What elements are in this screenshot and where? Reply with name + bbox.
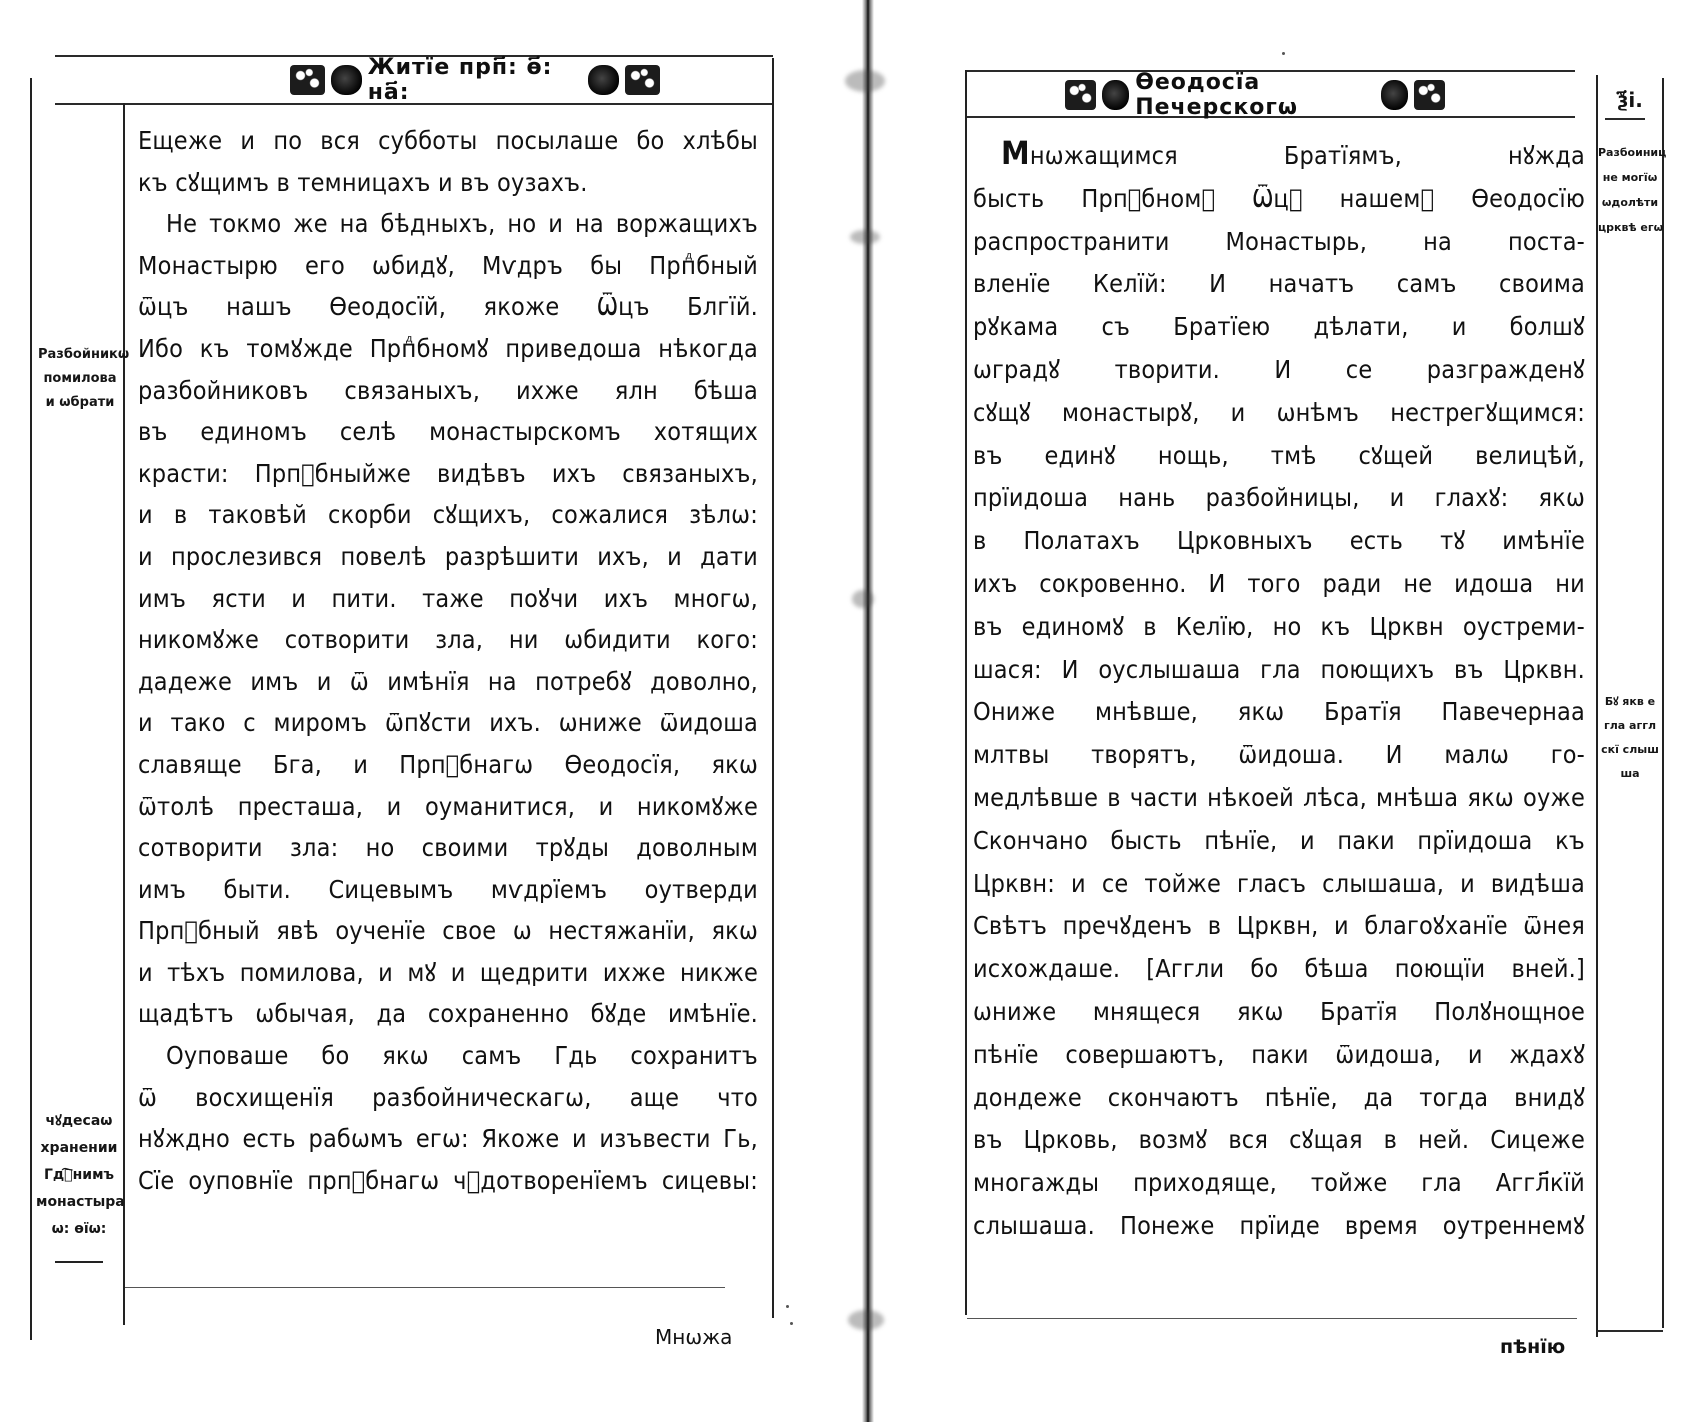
text-line: Црквн: и се тойже гласъ слышаша, и видѣш… — [973, 863, 1585, 906]
text-line: ѿтолѣ престаша, и оуманитися, и никомꙋже — [138, 786, 758, 828]
text-line: въ единомъ селѣ монастырскомъ хотящих — [138, 411, 758, 453]
text-line: въ Црковь, возмꙋ вся сꙋщая в ней. Сицеже — [973, 1119, 1585, 1162]
header-ornament-right-icon — [1414, 80, 1445, 110]
right-outer-rule — [1662, 78, 1664, 1328]
text-line: Сїе оуповнїе прпⷣбнагѡ чꙋдотворенїемъ си… — [138, 1160, 758, 1202]
running-header: Житїе прп҃: ѳ҃: на҃: — [290, 58, 660, 102]
text-line: сотворити зла: но своими трꙋды доволным — [138, 827, 758, 869]
text-line: пѣнїе совершаютъ, паки ѿидоша, и ждахꙋ — [973, 1034, 1585, 1077]
text-line: многажды приходяще, тойже гла Аггл҃кїй — [973, 1162, 1585, 1205]
margin-note-line: чꙋдесаѡ — [36, 1108, 122, 1135]
text-line: щадѣтъ ѡбычая, да сохраненно бꙋде имѣнїе… — [138, 993, 758, 1035]
text-line: медлѣвше в части нѣкоей лѣса, мнѣша якѡ … — [973, 777, 1585, 820]
text-line: вленїе Келїй: И начатъ самъ своима — [973, 263, 1585, 306]
left-inner-rule — [772, 58, 774, 1318]
text-line: Монастырю его ѡбидꙋ, Мѵдръ бы Прпⷣбный — [138, 245, 758, 287]
text-line: Скончано бысть пѣнїе, и паки прїидоша къ — [973, 820, 1585, 863]
running-header: Ѳеодосїа Печерскогѡ — [1065, 74, 1445, 116]
text-line: никомꙋже сотворити зла, ни ѡбидити кого: — [138, 619, 758, 661]
left-footer-rule — [125, 1287, 725, 1288]
page-number: ѯ҃і. — [1600, 88, 1660, 112]
running-header-title: Ѳеодосїа Печерскогѡ — [1135, 70, 1375, 120]
margin-note-robbers-failed: Разбоиниц не могїѡ ѡдолѣти црквѣ егѡ — [1598, 140, 1662, 240]
text-line: красти: Прпⷣбныйже видѣвъ ихъ связаныхъ, — [138, 453, 758, 495]
header-ornament-left-icon — [1102, 80, 1129, 110]
text-line: исхождаше. [Аггли бо бѣша поющїи вней.] — [973, 948, 1585, 991]
margin-note-line: Гдⷭ҇нимъ — [36, 1162, 122, 1189]
text-line: рꙋкама съ Братїею дѣлати, и болшꙋ — [973, 306, 1585, 349]
text-line: въ единомꙋ в Келїю, но къ Црквн оустреми… — [973, 606, 1585, 649]
margin-note-angelic-voices: Бꙋ якв е гла аггл скї слыш ша — [1598, 690, 1662, 786]
text-line: ѡниже мнящеся якѡ Братїя Полꙋнощное — [973, 991, 1585, 1034]
text-line: въ единꙋ нощь, тмѣ сꙋщей велицѣй, — [973, 435, 1585, 478]
margin-note-line: ша — [1598, 762, 1662, 786]
margin-note-line: Разбойникѡ — [38, 343, 122, 367]
text-line: Не токмо же на бѣдныхъ, но и на воржащих… — [138, 203, 758, 245]
book-spine — [862, 0, 874, 1422]
page-number-underline — [1605, 118, 1645, 120]
catchword: пѣнїю — [1500, 1336, 1565, 1358]
margin-note-line: не могїѡ — [1598, 165, 1662, 190]
text-line: имъ ясти и пити. таже поꙋчи ихъ многѡ, — [138, 578, 758, 620]
text-line: Ибо къ томꙋжде Прпⷣбномꙋ приведоша нѣког… — [138, 328, 758, 370]
text-line: дадеже имъ и ѿ имѣнїя на потребꙋ доволно… — [138, 661, 758, 703]
book-spread: Житїе прп҃: ѳ҃: на҃: Разбойникѡ помилова… — [0, 0, 1707, 1422]
text-line: ѿ восхищенїя разбойническагѡ, аще что — [138, 1077, 758, 1119]
header-ornament-left-icon — [331, 65, 362, 95]
margin-note-line: Бꙋ якв е — [1598, 690, 1662, 714]
text-line: распространити Монастырь, на поста- — [973, 221, 1585, 264]
catchword: Мнѡжа — [655, 1325, 732, 1349]
text-line: ѡградꙋ творити. И се разгражденꙋ — [973, 349, 1585, 392]
text-line: и тако с миромъ ѿпꙋсти ихъ. ѡниже ѿидоша — [138, 702, 758, 744]
text-line: и тѣхъ помилова, и мꙋ и щедрити ихже ник… — [138, 952, 758, 994]
text-line: ѿцъ нашъ Ѳеодосїй, якоже Ѿцъ Блгїй. — [138, 286, 758, 328]
text-line: дондеже скончаютъ пѣнїе, да тогда внидꙋ — [973, 1077, 1585, 1120]
margin-note-line: ѡдолѣти — [1598, 190, 1662, 215]
left-outer-rule — [30, 78, 32, 1340]
running-header-title: Житїе прп҃: ѳ҃: на҃: — [368, 55, 583, 105]
text-line: Ещеже и по вся субботы посылаше бо хлѣбы — [138, 120, 758, 162]
right-page-body: Мнѡжащимся Братїямъ, нꙋжда бысть Прпⷣбно… — [973, 132, 1585, 1248]
margin-note-line: монастыра — [36, 1189, 122, 1216]
text-line: и в таковѣй скорби сꙋщихъ, сожалися зѣлѡ… — [138, 494, 758, 536]
text-line: слышаша. Понеже прїиде время оутреннемꙋ — [973, 1205, 1585, 1248]
margin-note-line: црквѣ егѡ — [1598, 215, 1662, 240]
margin-note-line: Разбоиниц — [1598, 140, 1662, 165]
header-ornament-left-icon — [290, 65, 325, 95]
text-line: Свѣтъ пречꙋденъ в Црквн, и благоꙋханїе ѿ… — [973, 905, 1585, 948]
scan-speck — [790, 1322, 793, 1325]
text-line: сꙋщꙋ монастырꙋ, и ѡнѣмъ нестрегꙋщимся: — [973, 392, 1585, 435]
text-line: и прослезився повелѣ разрѣшити ихъ, и да… — [138, 536, 758, 578]
text-line: шася: И оуслышаша гла поющихъ въ Црквн. — [973, 649, 1585, 692]
text-line: ихъ сокровенно. И того ради не идоша ни — [973, 563, 1585, 606]
text-line: разбойниковъ связаныхъ, ихже ялн бѣша — [138, 370, 758, 412]
header-ornament-left-icon — [1065, 80, 1096, 110]
right-footer-rule — [967, 1318, 1577, 1319]
header-ornament-right-icon — [1381, 80, 1408, 110]
text-line: Оуповаше бо якѡ самъ Гдь сохранитъ — [138, 1035, 758, 1077]
margin-note-line: и ѡбрати — [38, 391, 122, 415]
text-line: млтвы творятъ, ѿидоша. И малѡ го- — [973, 734, 1585, 777]
margin-note-line: ѡ: ѳїѡ: — [36, 1216, 122, 1243]
text-line: славяще Бга, и Прпⷣбнагѡ Ѳеодосїя, якѡ — [138, 744, 758, 786]
left-page-body: Ещеже и по вся субботы посылаше бо хлѣбы… — [138, 120, 758, 1201]
text-line: бысть Прпⷣбномꙋ Ѿцꙋ нашемꙋ Ѳеодосїю — [973, 178, 1585, 221]
margin-note-miracle: чꙋдесаѡ хранении Гдⷭ҇нимъ монастыра ѡ: ѳ… — [36, 1108, 122, 1263]
left-page: Житїе прп҃: ѳ҃: на҃: Разбойникѡ помилова… — [0, 0, 860, 1422]
text-line: Мнѡжащимся Братїямъ, нꙋжда — [973, 132, 1585, 178]
margin-note-line: гла аггл — [1598, 714, 1662, 738]
text-line: имъ быти. Сицевымъ мѵдрїемъ оутверди — [138, 869, 758, 911]
margin-note-divider — [55, 1261, 103, 1263]
margin-note-line: скї слыш — [1598, 738, 1662, 762]
scan-speck — [786, 1305, 789, 1308]
scan-speck — [1282, 52, 1285, 55]
right-page: Ѳеодосїа Печерскогѡ ѯ҃і. Разбоиниц не мо… — [875, 0, 1707, 1422]
text-line: Прпⷣбный явѣ оученїе свое ѡ нестяжанїи, … — [138, 910, 758, 952]
left-margin-rule — [123, 103, 125, 1325]
text-line: Ониже мнѣвше, якѡ Братїя Павечернаа — [973, 691, 1585, 734]
header-ornament-right-icon — [588, 65, 619, 95]
right-margin-footer-rule — [1597, 1330, 1663, 1332]
margin-note-robbers: Разбойникѡ помилова и ѡбрати — [38, 343, 122, 415]
text-line: нꙋждно есть рабѡмъ егѡ: Якоже и изъвести… — [138, 1118, 758, 1160]
margin-note-line: помилова — [38, 367, 122, 391]
text-line: къ сꙋщимъ в темницахъ и въ оузахъ. — [138, 162, 758, 204]
margin-note-line: хранении — [36, 1135, 122, 1162]
text-line: прїидоша нань разбойницы, и глахꙋ: якѡ — [973, 477, 1585, 520]
right-inner-rule — [965, 70, 967, 1315]
header-ornament-right-icon — [625, 65, 660, 95]
text-line: в Полатахъ Црковныхъ есть тꙋ имѣнїе — [973, 520, 1585, 563]
